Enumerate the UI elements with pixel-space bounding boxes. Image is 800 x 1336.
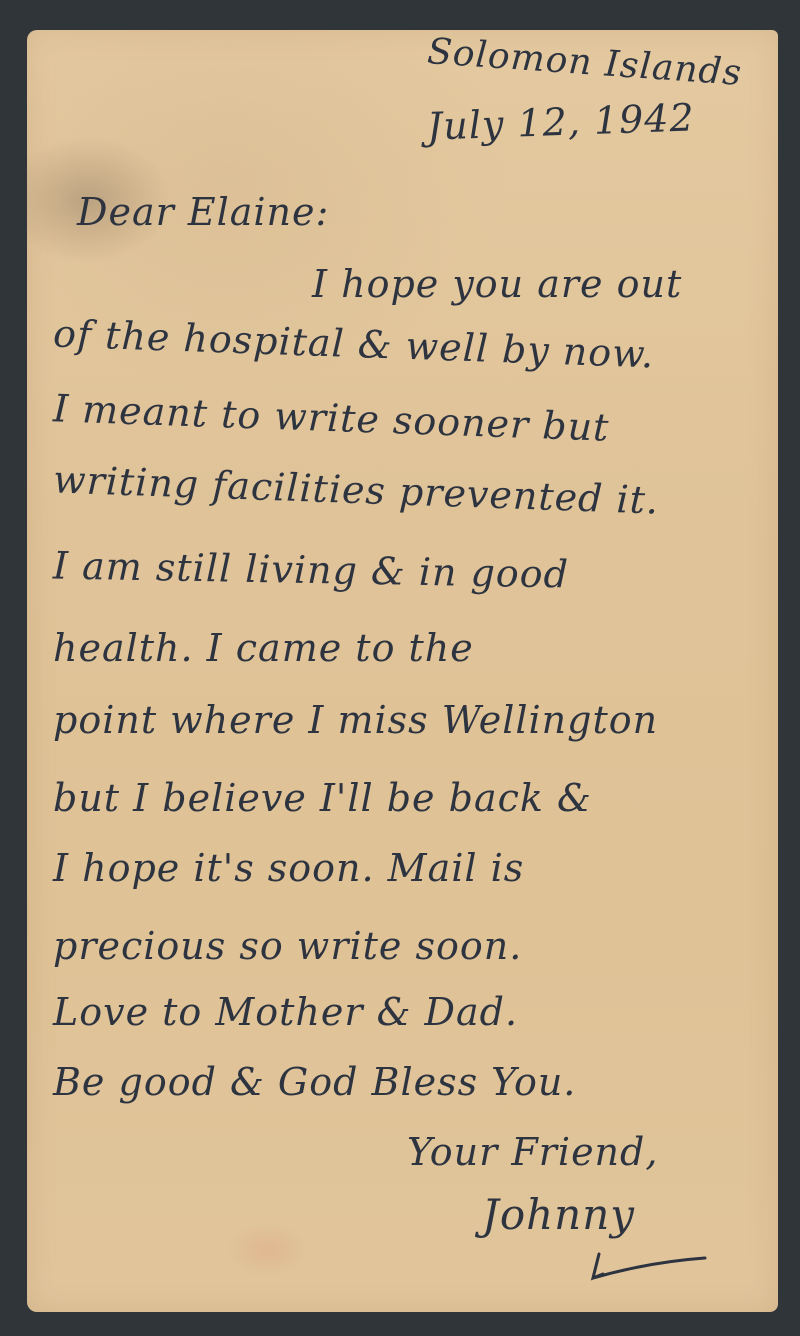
body-line: of the hospital & well by now.	[52, 312, 655, 377]
body-line: but I believe I'll be back &	[53, 776, 592, 820]
closing: Your Friend,	[407, 1130, 658, 1174]
postcard: Solomon Islands July 12, 1942 Dear Elain…	[27, 30, 778, 1312]
body-line: point where I miss Wellington	[53, 698, 658, 742]
body-line: I hope you are out	[312, 262, 682, 306]
date-heading: July 12, 1942	[426, 95, 695, 148]
body-line: I am still living & in good	[53, 544, 570, 597]
greeting: Dear Elaine:	[77, 190, 329, 234]
signature-flourish-icon	[589, 1248, 709, 1284]
body-line: Love to Mother & Dad.	[53, 990, 518, 1034]
body-line: writing facilities prevented it.	[52, 457, 659, 522]
signature: Johnny	[482, 1190, 635, 1239]
body-line: precious so write soon.	[53, 924, 522, 968]
place-heading: Solomon Islands	[426, 31, 743, 94]
body-line: Be good & God Bless You.	[53, 1060, 576, 1104]
body-line: health. I came to the	[53, 626, 474, 670]
body-line: I hope it's soon. Mail is	[53, 846, 524, 890]
body-line: I meant to write sooner but	[52, 386, 610, 449]
